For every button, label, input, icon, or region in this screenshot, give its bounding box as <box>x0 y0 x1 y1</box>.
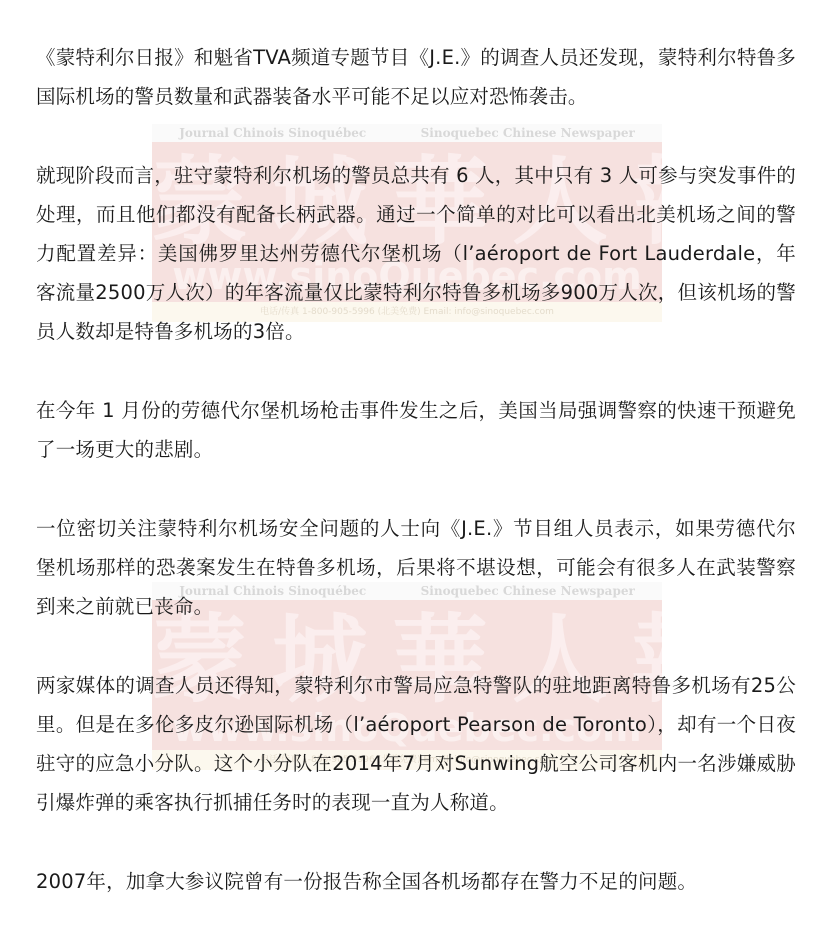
article-body: 《蒙特利尔日报》和魁省TVA频道专题节目《J.E.》的调查人员还发现，蒙特利尔特… <box>36 38 796 934</box>
paragraph-4: 一位密切关注蒙特利尔机场安全问题的人士向《J.E.》节目组人员表示，如果劳德代尔… <box>36 509 796 626</box>
paragraph-3: 在今年 1 月份的劳德代尔堡机场枪击事件发生之后，美国当局强调警察的快速干预避免… <box>36 391 796 469</box>
paragraph-6: 2007年，加拿大参议院曾有一份报告称全国各机场都存在警力不足的问题。 <box>36 862 796 901</box>
paragraph-5: 两家媒体的调查人员还得知，蒙特利尔市警局应急特警队的驻地距离特鲁多机场有25公里… <box>36 666 796 822</box>
paragraph-1: 《蒙特利尔日报》和魁省TVA频道专题节目《J.E.》的调查人员还发现，蒙特利尔特… <box>36 38 796 116</box>
paragraph-2: 就现阶段而言，驻守蒙特利尔机场的警员总共有 6 人，其中只有 3 人可参与突发事… <box>36 156 796 351</box>
